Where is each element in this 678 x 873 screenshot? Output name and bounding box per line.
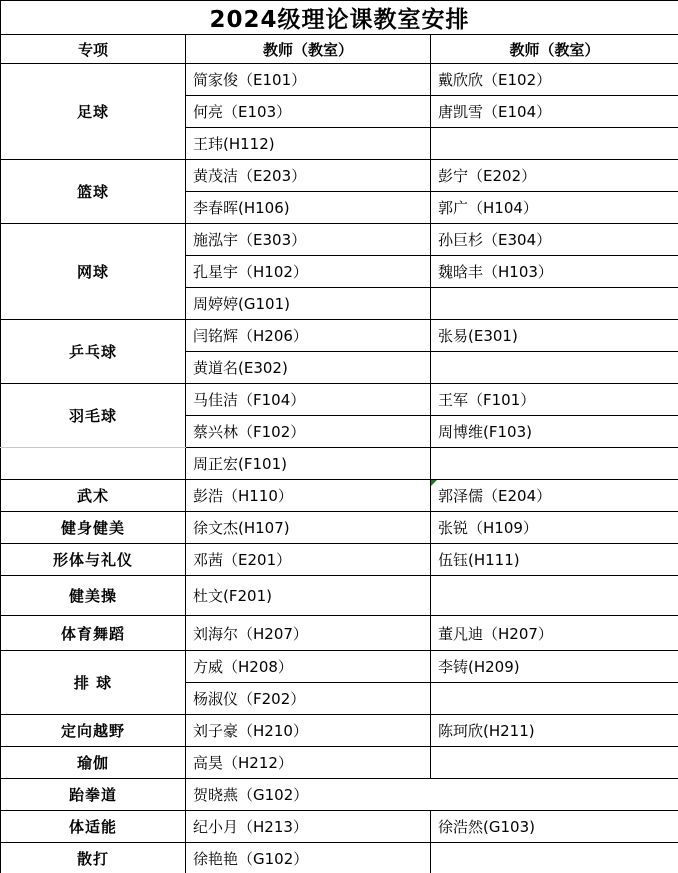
teacher-cell[interactable]: 王玮(H112) xyxy=(186,128,431,160)
teacher-cell[interactable]: 张易(E301) xyxy=(431,320,678,352)
teacher-cell[interactable]: 周婷婷(G101) xyxy=(186,288,431,320)
teacher-cell[interactable]: 彭浩（H110） xyxy=(186,480,431,512)
teacher-cell[interactable]: 李春晖(H106) xyxy=(186,192,431,224)
teacher-cell[interactable]: 王军（F101） xyxy=(431,384,678,416)
specialty-cell-basketball[interactable]: 篮球 xyxy=(1,160,186,224)
teacher-cell[interactable]: 周正宏(F101) xyxy=(186,448,431,480)
teacher-cell[interactable]: 方威（H208） xyxy=(186,651,431,683)
teacher-cell[interactable]: 黄道名(E302) xyxy=(186,352,431,384)
specialty-cell-badminton[interactable]: 羽毛球 xyxy=(1,384,186,448)
empty-cell[interactable] xyxy=(431,288,678,320)
page-title: 2024级理论课教室安排 xyxy=(1,1,678,35)
teacher-cell[interactable]: 彭宁（E202） xyxy=(431,160,678,192)
specialty-cell-volleyball[interactable]: 排 球 xyxy=(1,651,186,715)
teacher-cell[interactable]: 魏晗丰（H103） xyxy=(431,256,678,288)
empty-cell[interactable] xyxy=(431,843,678,873)
teacher-cell[interactable]: 郭广（H104） xyxy=(431,192,678,224)
teacher-cell[interactable]: 杨淑仪（F202） xyxy=(186,683,431,715)
teacher-cell[interactable]: 简家俊（E101） xyxy=(186,64,431,96)
teacher-cell[interactable]: 唐凯雪（E104） xyxy=(431,96,678,128)
classroom-schedule-sheet: 2024级理论课教室安排 专项 教师（教室） 教师（教室） 足球 简家俊（E10… xyxy=(0,0,678,873)
teacher-cell[interactable]: 何亮（E103） xyxy=(186,96,431,128)
specialty-cell-orienteering[interactable]: 定向越野 xyxy=(1,715,186,747)
specialty-cell-sport-dance[interactable]: 体育舞蹈 xyxy=(1,616,186,651)
specialty-cell-posture-etiquette[interactable]: 形体与礼仪 xyxy=(1,544,186,576)
error-indicator-triangle xyxy=(431,480,437,486)
teacher-cell[interactable]: 杜文(F201) xyxy=(186,576,431,616)
teacher-cell[interactable]: 戴欣欣（E102） xyxy=(431,64,678,96)
column-header-specialty[interactable]: 专项 xyxy=(1,35,186,64)
teacher-cell[interactable]: 马佳洁（F104） xyxy=(186,384,431,416)
teacher-cell[interactable]: 周博维(F103) xyxy=(431,416,678,448)
teacher-cell[interactable]: 孔星宇（H102） xyxy=(186,256,431,288)
teacher-cell[interactable]: 施泓宇（E303） xyxy=(186,224,431,256)
empty-cell[interactable] xyxy=(431,576,678,616)
schedule-table: 2024级理论课教室安排 专项 教师（教室） 教师（教室） 足球 简家俊（E10… xyxy=(0,0,678,873)
teacher-cell[interactable]: 徐浩然(G103) xyxy=(431,811,678,843)
teacher-text: 郭泽儒（E204） xyxy=(438,487,551,505)
teacher-cell[interactable]: 纪小月（H213） xyxy=(186,811,431,843)
teacher-cell[interactable]: 伍钰(H111) xyxy=(431,544,678,576)
specialty-cell-tennis[interactable]: 网球 xyxy=(1,224,186,320)
teacher-cell[interactable]: 徐文杰(H107) xyxy=(186,512,431,544)
specialty-cell-sanda[interactable]: 散打 xyxy=(1,843,186,873)
teacher-cell[interactable]: 黄茂洁（E203） xyxy=(186,160,431,192)
teacher-cell[interactable]: 徐艳艳（G102） xyxy=(186,843,431,873)
column-header-teacher-1[interactable]: 教师（教室） xyxy=(186,35,431,64)
specialty-cell-yoga[interactable]: 瑜伽 xyxy=(1,747,186,779)
teacher-cell[interactable]: 蔡兴林（F102） xyxy=(186,416,431,448)
teacher-cell-merged[interactable]: 贺晓燕（G102） xyxy=(186,779,678,811)
specialty-cell-bodybuilding[interactable]: 健身健美 xyxy=(1,512,186,544)
teacher-cell[interactable]: 刘海尔（H207） xyxy=(186,616,431,651)
teacher-cell[interactable]: 孙巨杉（E304） xyxy=(431,224,678,256)
specialty-cell-taekwondo[interactable]: 跆拳道 xyxy=(1,779,186,811)
teacher-cell[interactable]: 闫铭辉（H206） xyxy=(186,320,431,352)
teacher-cell[interactable]: 邓茜（E201） xyxy=(186,544,431,576)
teacher-cell[interactable]: 李铸(H209) xyxy=(431,651,678,683)
specialty-cell-football[interactable]: 足球 xyxy=(1,64,186,160)
teacher-cell[interactable]: 董凡迪（H207） xyxy=(431,616,678,651)
specialty-cell-martial-arts[interactable]: 武术 xyxy=(1,480,186,512)
teacher-cell[interactable]: 张锐（H109） xyxy=(431,512,678,544)
teacher-cell-with-error[interactable]: 郭泽儒（E204） xyxy=(431,480,678,512)
empty-cell[interactable] xyxy=(431,747,678,779)
empty-cell[interactable] xyxy=(431,128,678,160)
teacher-cell[interactable]: 刘子豪（H210） xyxy=(186,715,431,747)
teacher-cell[interactable]: 高昊（H212） xyxy=(186,747,431,779)
empty-cell[interactable] xyxy=(431,352,678,384)
teacher-cell[interactable]: 陈珂欣(H211) xyxy=(431,715,678,747)
empty-cell[interactable] xyxy=(431,448,678,480)
specialty-cell-blank[interactable] xyxy=(1,448,186,480)
specialty-cell-aerobics[interactable]: 健美操 xyxy=(1,576,186,616)
specialty-cell-table-tennis[interactable]: 乒乓球 xyxy=(1,320,186,384)
column-header-teacher-2[interactable]: 教师（教室） xyxy=(431,35,678,64)
empty-cell[interactable] xyxy=(431,683,678,715)
specialty-cell-physical-fitness[interactable]: 体适能 xyxy=(1,811,186,843)
